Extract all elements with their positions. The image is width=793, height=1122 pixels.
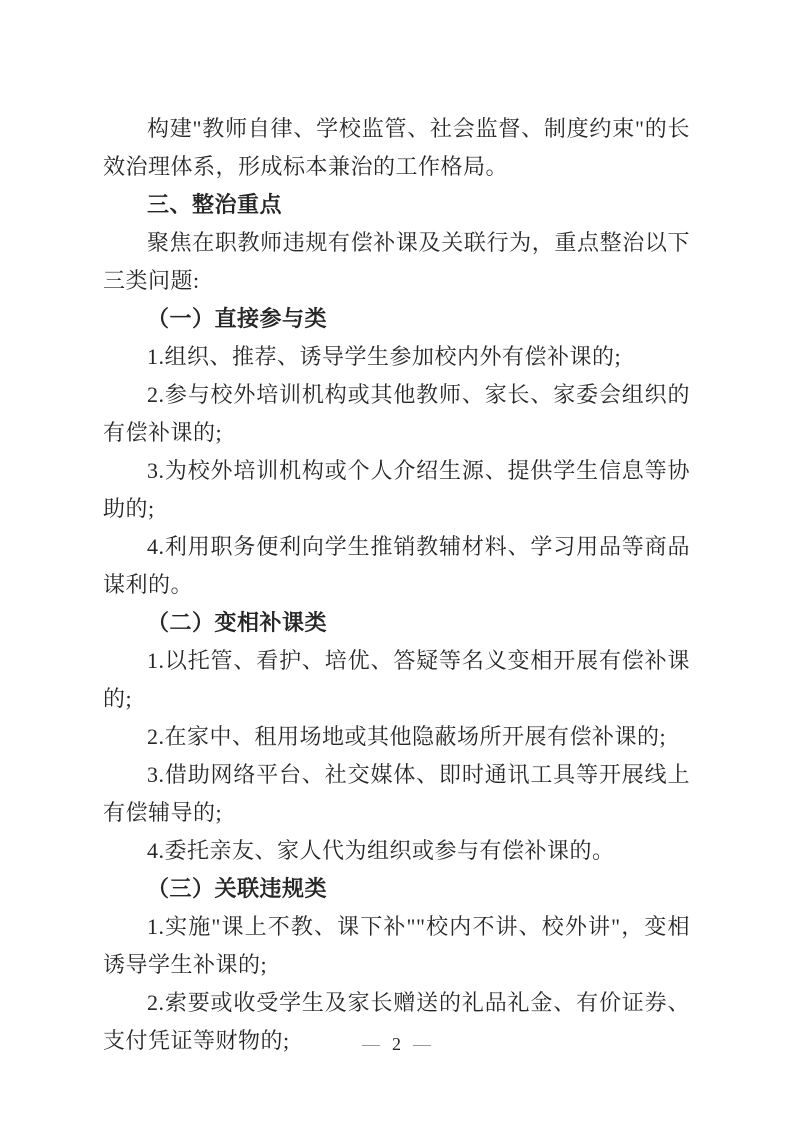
list-item: 4.委托亲友、家人代为组织或参与有偿补课的。 bbox=[103, 832, 690, 870]
page-number-dash-left: — bbox=[362, 1034, 380, 1054]
page-number-dash-right: — bbox=[413, 1034, 431, 1054]
section-heading: 三、整治重点 bbox=[103, 186, 690, 224]
list-item: 3.借助网络平台、社交媒体、即时通讯工具等开展线上有偿辅导的; bbox=[103, 756, 690, 832]
paragraph: 聚焦在职教师违规有偿补课及关联行为，重点整治以下三类问题: bbox=[103, 224, 690, 300]
subsection-heading: （三）关联违规类 bbox=[103, 870, 690, 908]
subsection-heading: （二）变相补课类 bbox=[103, 604, 690, 642]
page-number-value: 2 bbox=[392, 1034, 401, 1054]
subsection-heading: （一）直接参与类 bbox=[103, 300, 690, 338]
document-page: 构建"教师自律、学校监管、社会监督、制度约束"的长效治理体系，形成标本兼治的工作… bbox=[0, 0, 793, 1122]
list-item: 1.以托管、看护、培优、答疑等名义变相开展有偿补课的; bbox=[103, 642, 690, 718]
document-body: 构建"教师自律、学校监管、社会监督、制度约束"的长效治理体系，形成标本兼治的工作… bbox=[103, 110, 690, 1060]
list-item: 2.参与校外培训机构或其他教师、家长、家委会组织的有偿补课的; bbox=[103, 376, 690, 452]
list-item: 3.为校外培训机构或个人介绍生源、提供学生信息等协助的; bbox=[103, 452, 690, 528]
list-item: 4.利用职务便利向学生推销教辅材料、学习用品等商品谋利的。 bbox=[103, 528, 690, 604]
page-number: —2— bbox=[0, 1033, 793, 1055]
list-item: 1.组织、推荐、诱导学生参加校内外有偿补课的; bbox=[103, 338, 690, 376]
paragraph: 构建"教师自律、学校监管、社会监督、制度约束"的长效治理体系，形成标本兼治的工作… bbox=[103, 110, 690, 186]
list-item: 1.实施"课上不教、课下补""校内不讲、校外讲"，变相诱导学生补课的; bbox=[103, 908, 690, 984]
list-item: 2.在家中、租用场地或其他隐蔽场所开展有偿补课的; bbox=[103, 718, 690, 756]
